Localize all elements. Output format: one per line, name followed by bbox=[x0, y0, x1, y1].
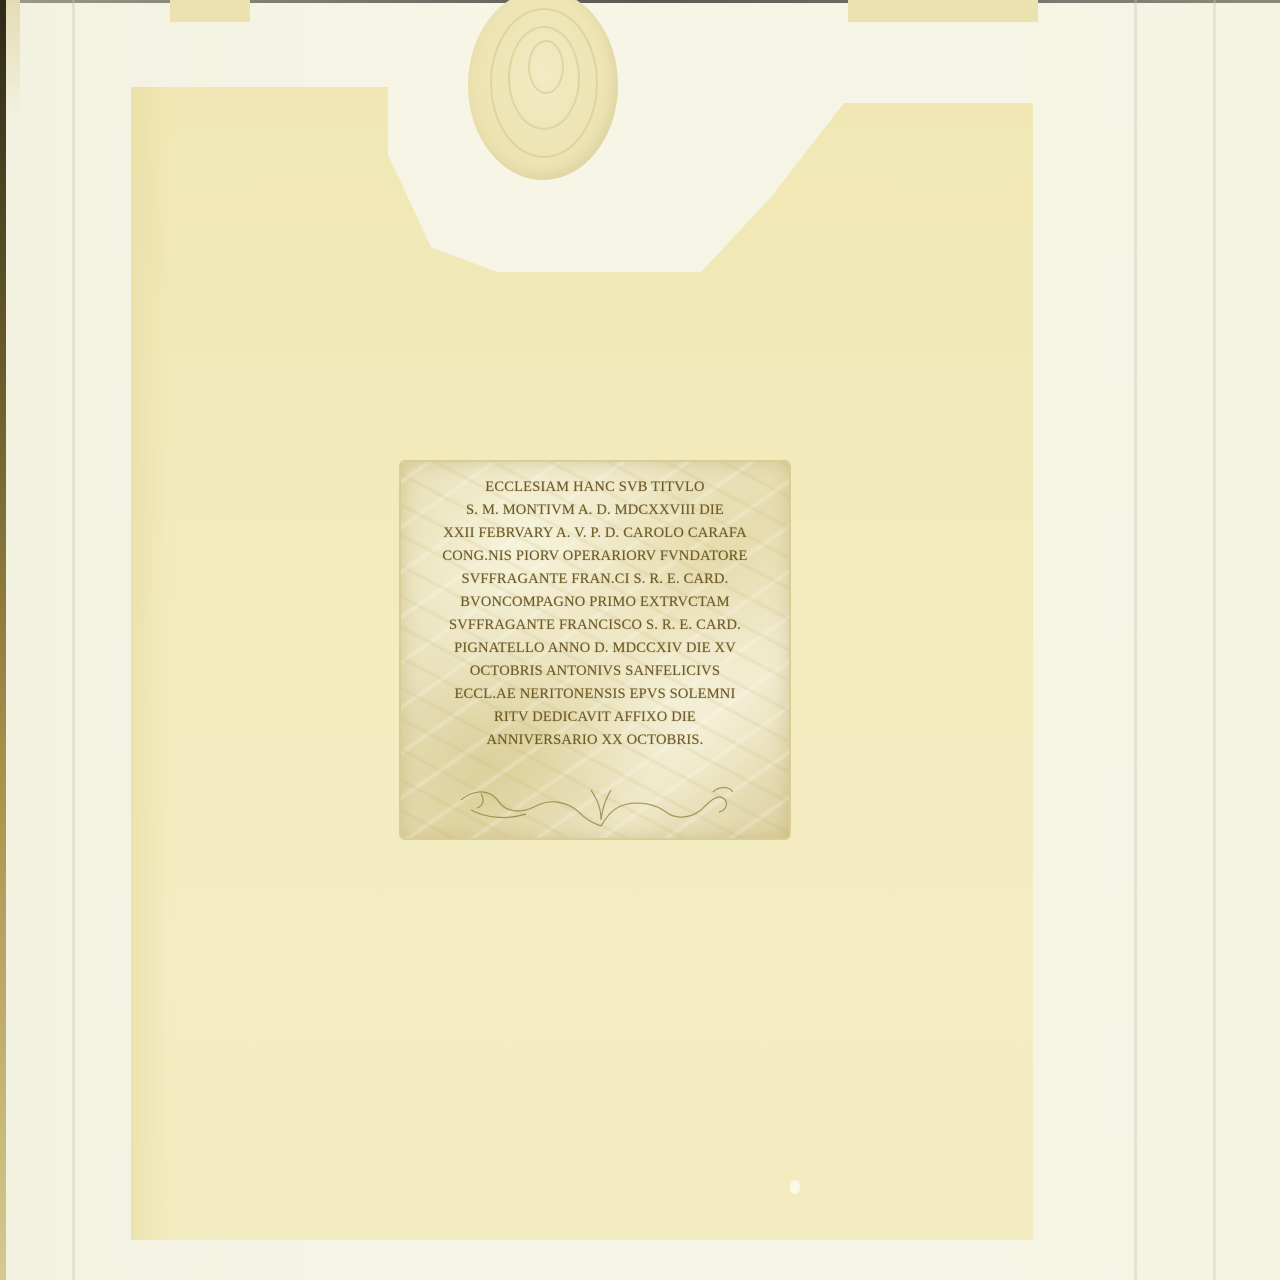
rosette-inner-ring bbox=[528, 40, 564, 94]
pilaster-edge-far-right bbox=[1213, 0, 1216, 1280]
inscription-line-10: ECCL.AE NERITONENSIS EPVS SOLEMNI bbox=[401, 683, 789, 706]
acanthus-scroll-ornament-icon bbox=[451, 780, 741, 830]
inscription-line-7: SVFFRAGANTE FRANCISCO S. R. E. CARD. bbox=[401, 614, 789, 637]
inscription-line-3: XXII FEBRVARY A. V. P. D. CAROLO CARAFA bbox=[401, 522, 789, 545]
inscription-line-9: OCTOBRIS ANTONIVS SANFELICIVS bbox=[401, 660, 789, 683]
wall-blemish bbox=[790, 1180, 800, 1194]
upper-molding-block-left bbox=[170, 0, 250, 22]
inscription-line-4: CONG.NIS PIORV OPERARIORV FVNDATORE bbox=[401, 545, 789, 568]
inscription-line-8: PIGNATELLO ANNO D. MDCCXIV DIE XV bbox=[401, 637, 789, 660]
inscription-line-12: ANNIVERSARIO XX OCTOBRIS. bbox=[401, 729, 789, 752]
photo-left-edge bbox=[0, 0, 6, 1280]
inscription-text: ECCLESIAM HANC SVB TITVLO S. M. MONTIVM … bbox=[401, 476, 789, 752]
marble-inscription-plaque: ECCLESIAM HANC SVB TITVLO S. M. MONTIVM … bbox=[401, 462, 789, 838]
inscription-line-11: RITV DEDICAVIT AFFIXO DIE bbox=[401, 706, 789, 729]
inscription-line-2: S. M. MONTIVM A. D. MDCXXVIII DIE bbox=[401, 499, 789, 522]
inscription-line-5: SVFFRAGANTE FRAN.CI S. R. E. CARD. bbox=[401, 568, 789, 591]
wall-stain bbox=[6, 0, 20, 120]
upper-molding-block-right bbox=[848, 0, 1038, 22]
pilaster-edge-left bbox=[72, 0, 75, 1280]
inscription-line-6: BVONCOMPAGNO PRIMO EXTRVCTAM bbox=[401, 591, 789, 614]
inscription-line-1: ECCLESIAM HANC SVB TITVLO bbox=[401, 476, 789, 499]
pilaster-edge-right bbox=[1134, 0, 1137, 1280]
